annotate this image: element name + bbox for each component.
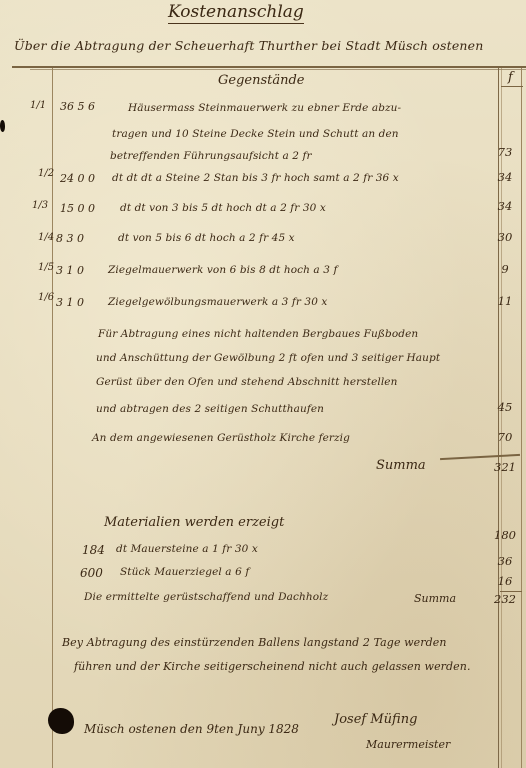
material-quantity: 184 (82, 543, 105, 557)
sum-label: Summa (376, 458, 426, 473)
material-text: Die ermittelte gerüstschaffend und Dachh… (84, 591, 328, 603)
manuscript-page: Kostenanschlag Über die Abtragung der Sc… (0, 0, 526, 768)
place-date: Müsch ostenen den 9ten Juny 1828 (84, 722, 299, 736)
item-quantity: 3 1 0 (56, 296, 84, 309)
item-fraction: 1/1 (30, 100, 46, 111)
item-text: tragen und 10 Steine Decke Stein und Sch… (112, 128, 399, 140)
item-text: An dem angewiesenen Gerüstholz Kirche fe… (92, 432, 350, 444)
material-text: dt Mauersteine a 1 fr 30 x (116, 543, 258, 555)
currency-header: f (508, 70, 513, 85)
item-fraction: 1/5 (38, 262, 54, 273)
sum-amount: 321 (490, 460, 520, 474)
signature-name: Josef Müfing (334, 712, 417, 727)
signature-title: Maurermeister (366, 738, 450, 751)
material-text: Stück Mauerziegel a 6 f (120, 566, 249, 578)
item-text: dt dt von 3 bis 5 dt hoch dt a 2 fr 30 x (120, 202, 326, 214)
material-amount: 36 (490, 554, 520, 568)
item-amount: 34 (490, 170, 520, 184)
item-text: und Anschüttung der Gewölbung 2 ft ofen … (96, 352, 440, 364)
item-text: und abtragen des 2 seitigen Schutthaufen (96, 403, 324, 415)
item-text: betreffenden Führungsaufsicht a 2 fr (110, 150, 312, 162)
item-text: Ziegelmauerwerk von 6 bis 8 dt hoch a 3 … (108, 264, 337, 276)
item-text: Ziegelgewölbungsmauerwerk a 3 fr 30 x (108, 296, 327, 308)
item-amount: 30 (490, 230, 520, 244)
section-heading-items: Gegenstände (218, 73, 305, 88)
item-text: Für Abtragung eines nicht haltenden Berg… (98, 328, 418, 340)
item-fraction: 1/3 (32, 200, 48, 211)
amount-column-line-right (521, 68, 522, 768)
item-text: dt dt dt a Steine 2 Stan bis 3 fr hoch s… (112, 172, 399, 184)
item-quantity: 15 0 0 (60, 202, 95, 215)
item-quantity: 36 5 6 (60, 100, 95, 113)
sum-flourish (440, 454, 520, 460)
ink-blot-small (0, 120, 5, 132)
material-amount: 16 (490, 574, 520, 588)
note-line: Bey Abtragung des einstürzenden Ballens … (62, 636, 447, 649)
item-amount: 70 (490, 430, 520, 444)
item-quantity: 24 0 0 (60, 172, 95, 185)
material-quantity: 600 (80, 566, 103, 580)
section-heading-materials: Materialien werden erzeigt (104, 515, 284, 530)
document-title: Kostenanschlag (168, 2, 304, 24)
material-amount: 180 (490, 528, 520, 542)
item-text: dt von 5 bis 6 dt hoch a 2 fr 45 x (118, 232, 295, 244)
item-amount: 34 (490, 199, 520, 213)
item-fraction: 1/4 (38, 232, 54, 243)
item-amount: 9 (490, 262, 520, 276)
item-quantity: 8 3 0 (56, 232, 84, 245)
header-rule-thin (30, 69, 526, 70)
item-text: Gerüst über den Ofen und stehend Abschni… (96, 376, 397, 388)
item-amount: 45 (490, 400, 520, 414)
document-subtitle: Über die Abtragung der Scheuerhaft Thurt… (14, 38, 484, 53)
ink-blot (48, 708, 74, 734)
item-quantity: 3 1 0 (56, 264, 84, 277)
item-text: Häusermass Steinmauerwerk zu ebner Erde … (128, 102, 401, 114)
sum-amount: 232 (490, 592, 520, 606)
note-line: führen und der Kirche seitigerscheinend … (74, 660, 471, 673)
item-fraction: 1/2 (38, 168, 54, 179)
currency-header-rule (501, 86, 523, 87)
header-rule (12, 66, 526, 68)
item-amount: 73 (490, 145, 520, 159)
item-fraction: 1/6 (38, 292, 54, 303)
sum-label: Summa (414, 592, 456, 605)
item-amount: 11 (490, 294, 520, 308)
